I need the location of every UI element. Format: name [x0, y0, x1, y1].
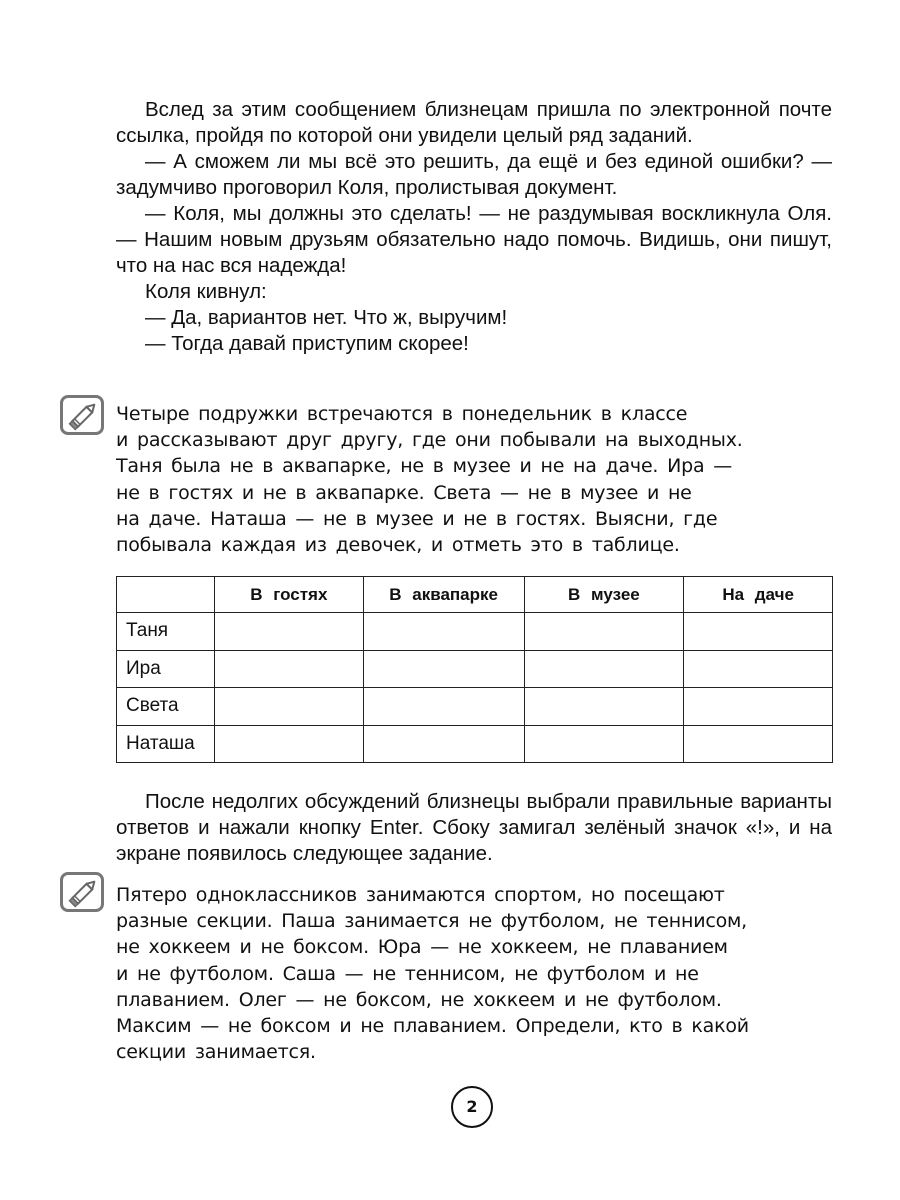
answer-cell[interactable]: [214, 688, 363, 726]
story-paragraph: — Тогда давай приступим скорее!: [116, 331, 832, 357]
answer-cell[interactable]: [363, 688, 524, 726]
table-header-cell: На даче: [684, 577, 833, 613]
table-row: Ира: [117, 650, 833, 688]
task-line: побывала каждая из девочек, и отметь это…: [116, 532, 832, 558]
answer-cell[interactable]: [524, 725, 684, 763]
task-line: Пятеро одноклассников занимаются спортом…: [116, 882, 832, 908]
answer-cell[interactable]: [363, 613, 524, 651]
answer-cell[interactable]: [363, 650, 524, 688]
task-line: и не футболом. Саша — не теннисом, не фу…: [116, 961, 832, 987]
answer-cell[interactable]: [363, 725, 524, 763]
answer-cell[interactable]: [684, 688, 833, 726]
task-2-text: Пятеро одноклассников занимаются спортом…: [116, 882, 832, 1065]
task-line: разные секции. Паша занимается не футбол…: [116, 908, 832, 934]
table-header-cell: В гостях: [214, 577, 363, 613]
table-row: Света: [117, 688, 833, 726]
story-paragraph: Вслед за этим сообщением близнецам пришл…: [116, 97, 832, 149]
table-row: Наташа: [117, 725, 833, 763]
task-line: и рассказывают друг другу, где они побыв…: [116, 427, 832, 453]
task-line: не в гостях и не в аквапарке. Света — не…: [116, 480, 832, 506]
task-line: Таня была не в аквапарке, не в музее и н…: [116, 453, 832, 479]
story-paragraph: — Да, вариантов нет. Что ж, выручим!: [116, 305, 832, 331]
answer-cell[interactable]: [214, 650, 363, 688]
story-paragraph: Коля кивнул:: [116, 279, 832, 305]
story-paragraph: После недолгих обсуждений близнецы выбра…: [116, 789, 832, 867]
task-line: на даче. Наташа — не в музее и не в гост…: [116, 506, 832, 532]
story-intro: Вслед за этим сообщением близнецам пришл…: [116, 97, 832, 357]
answer-table: В гостях В аквапарке В музее На даче Тан…: [116, 576, 833, 763]
table-header-corner: [117, 577, 215, 613]
pencil-icon: [60, 872, 104, 912]
task-line: Четыре подружки встречаются в понедельни…: [116, 401, 832, 427]
row-name: Наташа: [117, 725, 215, 763]
task-line: плаванием. Олег — не боксом, не хоккеем …: [116, 987, 832, 1013]
answer-cell[interactable]: [684, 613, 833, 651]
story-paragraph: — Коля, мы должны это сделать! — не разд…: [116, 201, 832, 279]
answer-cell[interactable]: [524, 650, 684, 688]
story-middle: После недолгих обсуждений близнецы выбра…: [116, 789, 832, 867]
row-name: Таня: [117, 613, 215, 651]
table-header-cell: В аквапарке: [363, 577, 524, 613]
task-line: секции занимается.: [116, 1039, 832, 1065]
task-line: не хоккеем и не боксом. Юра — не хоккеем…: [116, 934, 832, 960]
table-header-cell: В музее: [524, 577, 684, 613]
page-number: 2: [451, 1086, 493, 1128]
story-paragraph: — А сможем ли мы всё это решить, да ещё …: [116, 149, 832, 201]
answer-cell[interactable]: [524, 688, 684, 726]
row-name: Ира: [117, 650, 215, 688]
answer-cell[interactable]: [684, 650, 833, 688]
answer-cell[interactable]: [684, 725, 833, 763]
table-row: Таня: [117, 613, 833, 651]
task-1-text: Четыре подружки встречаются в понедельни…: [116, 401, 832, 558]
pencil-icon: [60, 395, 104, 435]
answer-cell[interactable]: [214, 613, 363, 651]
task-line: Максим — не боксом и не плаванием. Опред…: [116, 1013, 832, 1039]
row-name: Света: [117, 688, 215, 726]
answer-cell[interactable]: [214, 725, 363, 763]
table-header-row: В гостях В аквапарке В музее На даче: [117, 577, 833, 613]
answer-cell[interactable]: [524, 613, 684, 651]
